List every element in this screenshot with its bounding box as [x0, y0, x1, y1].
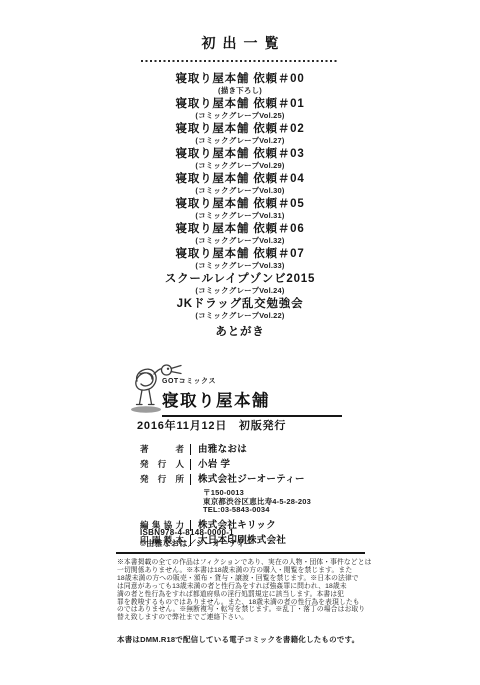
entry-source: (コミックグレープVol.27)	[0, 136, 480, 145]
entry-source: (コミックグレープVol.30)	[0, 186, 480, 195]
first-pub-entry: 寝取り屋本舗 依頼＃07 (コミックグレープVol.33)	[0, 248, 480, 270]
credit-value: 由雅なおは	[190, 444, 247, 455]
isbn-number: ISBN978-4-8148-0000-1	[140, 528, 253, 539]
legal-line: 18歳未満の方への販売・頒布・貸与・譲渡・回覧を禁じます。※日本の法律で	[117, 575, 367, 583]
colophon-page: 初出一覧 寝取り屋本舗 依頼＃00 (描き下ろし) 寝取り屋本舗 依頼＃01 (…	[0, 0, 480, 685]
entry-source: (コミックグレープVol.33)	[0, 261, 480, 270]
entry-title: 寝取り屋本舗 依頼＃00	[0, 73, 480, 86]
first-pub-entry: 寝取り屋本舗 依頼＃00 (描き下ろし)	[0, 73, 480, 95]
entry-source: (コミックグレープVol.24)	[0, 286, 480, 295]
entry-title: 寝取り屋本舗 依頼＃02	[0, 123, 480, 136]
first-pub-entry: 寝取り屋本舗 依頼＃05 (コミックグレープVol.31)	[0, 198, 480, 220]
entry-source: (コミックグレープVol.25)	[0, 111, 480, 120]
credit-label: 著者	[140, 444, 184, 455]
first-pub-entry: 寝取り屋本舗 依頼＃06 (コミックグレープVol.32)	[0, 223, 480, 245]
credit-label: 発行人	[140, 459, 184, 470]
entry-title: スクールレイプゾンビ2015	[0, 273, 480, 286]
legal-line: ※本書掲載の全ての作品はフィクションであり、実在の人物・団体・事件などとは	[117, 559, 367, 567]
legal-disclaimer: ※本書掲載の全ての作品はフィクションであり、実在の人物・団体・事件などとは 一切…	[117, 559, 367, 622]
entry-title: 寝取り屋本舗 依頼＃01	[0, 98, 480, 111]
entry-title: 寝取り屋本舗 依頼＃07	[0, 248, 480, 261]
publication-date: 2016年11月12日 初版発行	[137, 417, 286, 433]
first-pub-entry: 寝取り屋本舗 依頼＃01 (コミックグレープVol.25)	[0, 98, 480, 120]
legal-line: は同意があっても13歳未満の者と性行為をすれば強姦罪に問われ、18歳未	[117, 583, 367, 591]
credit-label: 発行所	[140, 474, 184, 485]
first-pub-entry: 寝取り屋本舗 依頼＃02 (コミックグレープVol.27)	[0, 123, 480, 145]
entry-title: JKドラッグ乱交勉強会	[0, 298, 480, 311]
entry-title: 寝取り屋本舗 依頼＃04	[0, 173, 480, 186]
entry-title: 寝取り屋本舗 依頼＃03	[0, 148, 480, 161]
entry-source: (コミックグレープVol.29)	[0, 161, 480, 170]
credit-row-author: 著者 由雅なおは	[140, 444, 311, 455]
entry-source: (描き下ろし)	[0, 86, 480, 95]
legal-line: 一切関係ありません。※本書は18歳未満の方の購入・閲覧を禁じます。また	[117, 567, 367, 575]
first-pub-entry: 寝取り屋本舗 依頼＃03 (コミックグレープVol.29)	[0, 148, 480, 170]
credit-value: 小岩 学	[190, 459, 230, 470]
colophon-section: GOTコミックス 寝取り屋本舗 2016年11月12日 初版発行 著者 由雅なお…	[0, 362, 480, 685]
first-pub-entry: スクールレイプゾンビ2015 (コミックグレープVol.24)	[0, 273, 480, 295]
publisher-address: 〒150-0013 東京都渋谷区恵比寿4-5-28-203 TEL:03-584…	[198, 489, 311, 515]
comics-label: GOTコミックス	[162, 376, 342, 386]
copyright-notice: ©由雅なおは／ジーオーティー	[140, 539, 253, 550]
dotted-divider	[141, 60, 339, 62]
entry-source: (コミックグレープVol.22)	[0, 311, 480, 320]
isbn-block: ISBN978-4-8148-0000-1 ©由雅なおは／ジーオーティー	[140, 528, 253, 549]
first-pub-entry: JKドラッグ乱交勉強会 (コミックグレープVol.22)	[0, 298, 480, 320]
credit-value: 株式会社ジーオーティー	[190, 474, 305, 485]
credit-row-publisher-company: 発行所 株式会社ジーオーティー	[140, 474, 311, 485]
dmm-distribution-note: 本書はDMM.R18で配信している電子コミックを書籍化したものです。	[117, 634, 359, 645]
entry-title: 寝取り屋本舗 依頼＃06	[0, 223, 480, 236]
entry-source: (コミックグレープVol.32)	[0, 236, 480, 245]
legal-divider	[116, 552, 365, 554]
credit-row-publisher-person: 発行人 小岩 学	[140, 459, 311, 470]
first-pub-entry: あとがき	[0, 326, 480, 339]
legal-line: 満の者と性行為をすれば都道府県の淫行処罰規定に該当します。本書は犯	[117, 591, 367, 599]
first-publication-section: 初出一覧 寝取り屋本舗 依頼＃00 (描き下ろし) 寝取り屋本舗 依頼＃01 (…	[0, 0, 480, 339]
entry-title: あとがき	[0, 326, 480, 339]
entry-title: 寝取り屋本舗 依頼＃05	[0, 198, 480, 211]
entry-source: (コミックグレープVol.31)	[0, 211, 480, 220]
book-title: 寝取り屋本舗	[162, 386, 342, 417]
first-publication-heading: 初出一覧	[0, 33, 480, 53]
phone-line: TEL:03-5843-0034	[198, 506, 311, 515]
imprint-block: GOTコミックス 寝取り屋本舗	[162, 376, 342, 417]
first-pub-entry: 寝取り屋本舗 依頼＃04 (コミックグレープVol.30)	[0, 173, 480, 195]
legal-line: 替え致しますので弊社までご連絡下さい。	[117, 614, 367, 622]
